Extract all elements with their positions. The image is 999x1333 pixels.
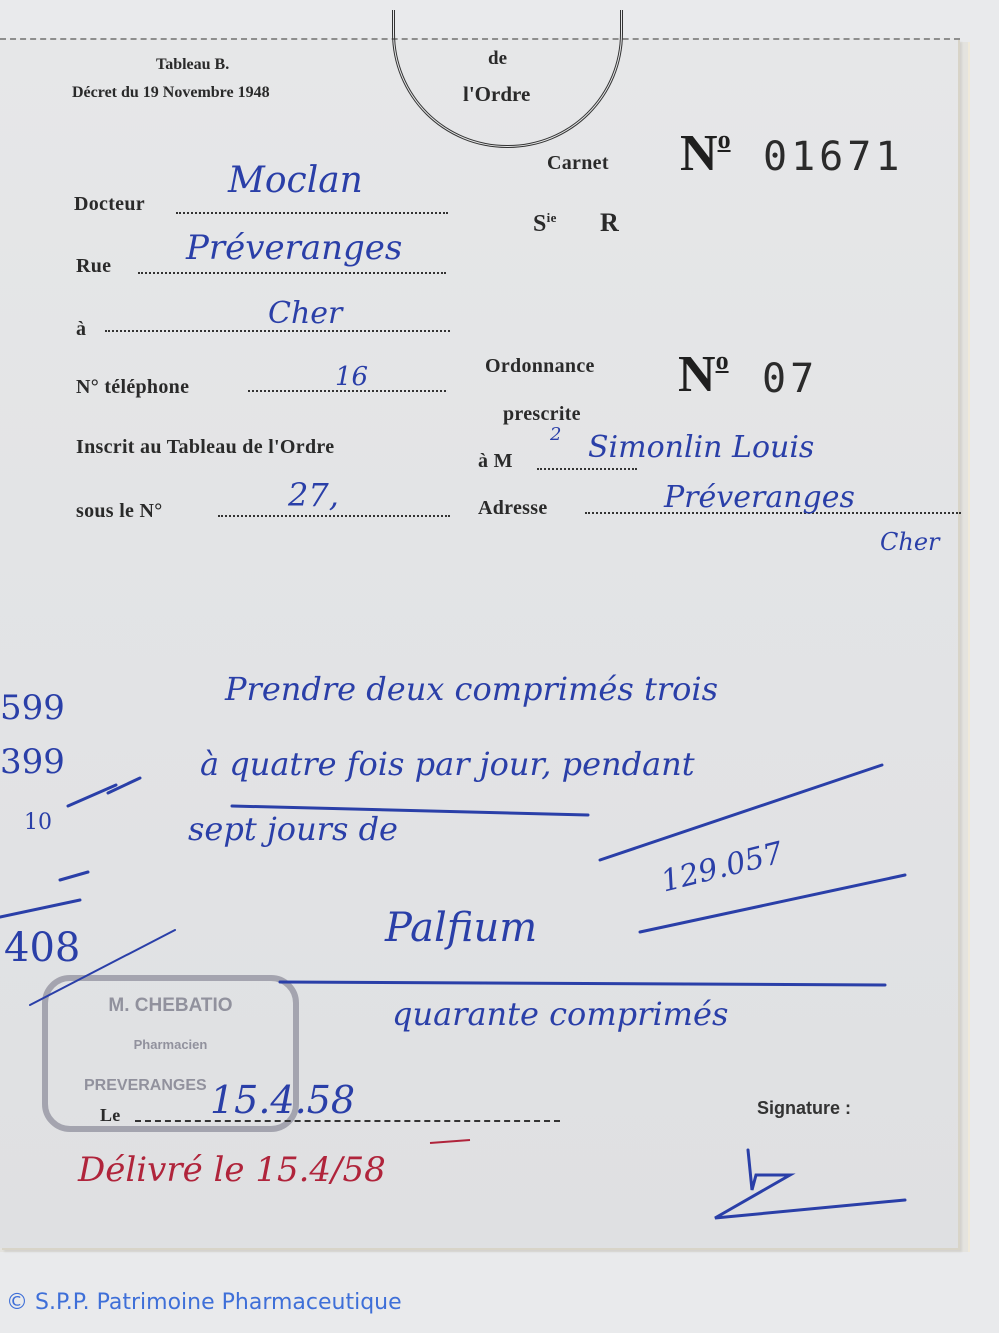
tableau-label: Tableau B. <box>156 56 229 74</box>
carnet-label: Carnet <box>547 152 609 175</box>
carnet-number: 01671 <box>763 134 903 180</box>
prescription-line-3: sept jours de <box>188 810 398 848</box>
patient-name-value: Simonlin Louis <box>588 430 814 465</box>
telephone-value: 16 <box>335 362 368 392</box>
date-value: 15.4.58 <box>210 1078 355 1122</box>
a-value: Cher <box>268 296 342 331</box>
serie-label: Sie <box>533 210 557 238</box>
adresse-label: Adresse <box>478 497 548 520</box>
margin-note-1: 599 <box>0 688 65 728</box>
ordonnance-number: 07 <box>762 356 818 402</box>
adresse-line2: Cher <box>880 528 940 556</box>
prescription-line-1: Prendre deux comprimés trois <box>225 670 718 708</box>
patient-name-label: à M <box>478 450 513 473</box>
decret-label: Décret du 19 Novembre 1948 <box>72 84 270 102</box>
margin-note-3: 10 <box>24 810 52 835</box>
carnet-number-symbol: No <box>680 124 731 183</box>
docteur-dotted-line <box>176 212 448 214</box>
patient-name-dotted-line <box>537 468 637 470</box>
serie-value: R <box>600 208 619 238</box>
adresse-line1: Préveranges <box>664 480 855 515</box>
seal-text-de: de <box>488 48 507 70</box>
date-label: Le <box>100 1105 121 1126</box>
rue-label: Rue <box>76 255 111 278</box>
stamp-line-2: Pharmacien <box>48 1037 293 1052</box>
sous-le-no-value: 27, <box>288 476 339 514</box>
rue-value: Préveranges <box>186 228 402 268</box>
a-label: à <box>76 318 86 341</box>
prescription-quantity: quarante comprimés <box>392 995 728 1033</box>
inscrit-label: Inscrit au Tableau de l'Ordre <box>76 436 334 459</box>
sous-le-no-dotted-line <box>218 515 450 517</box>
drug-name: Palfium <box>385 905 537 951</box>
stamp-line-1: M. CHEBATIO <box>48 995 293 1017</box>
ordonnance-number-symbol: No <box>678 345 729 404</box>
patient-name-sup: 2 <box>550 424 561 445</box>
telephone-label: N° téléphone <box>76 376 189 399</box>
prescription-line-2: à quatre fois par jour, pendant <box>200 745 695 783</box>
margin-note-2: 399 <box>0 742 65 782</box>
ordonnance-label: Ordonnance <box>485 355 595 378</box>
signature-label: Signature : <box>757 1098 851 1119</box>
delivery-mark: Délivré le 15.4/58 <box>78 1150 386 1190</box>
sous-le-no-label: sous le N° <box>76 500 163 523</box>
seal-text-ordre: l'Ordre <box>463 82 530 107</box>
prescrite-label: prescrite <box>503 403 581 426</box>
copyright-watermark: © S.P.P. Patrimoine Pharmaceutique <box>6 1290 402 1315</box>
docteur-label: Docteur <box>74 193 145 216</box>
docteur-value: Moclan <box>228 160 363 201</box>
margin-note-4: 408 <box>4 925 80 971</box>
rue-dotted-line <box>138 272 446 274</box>
